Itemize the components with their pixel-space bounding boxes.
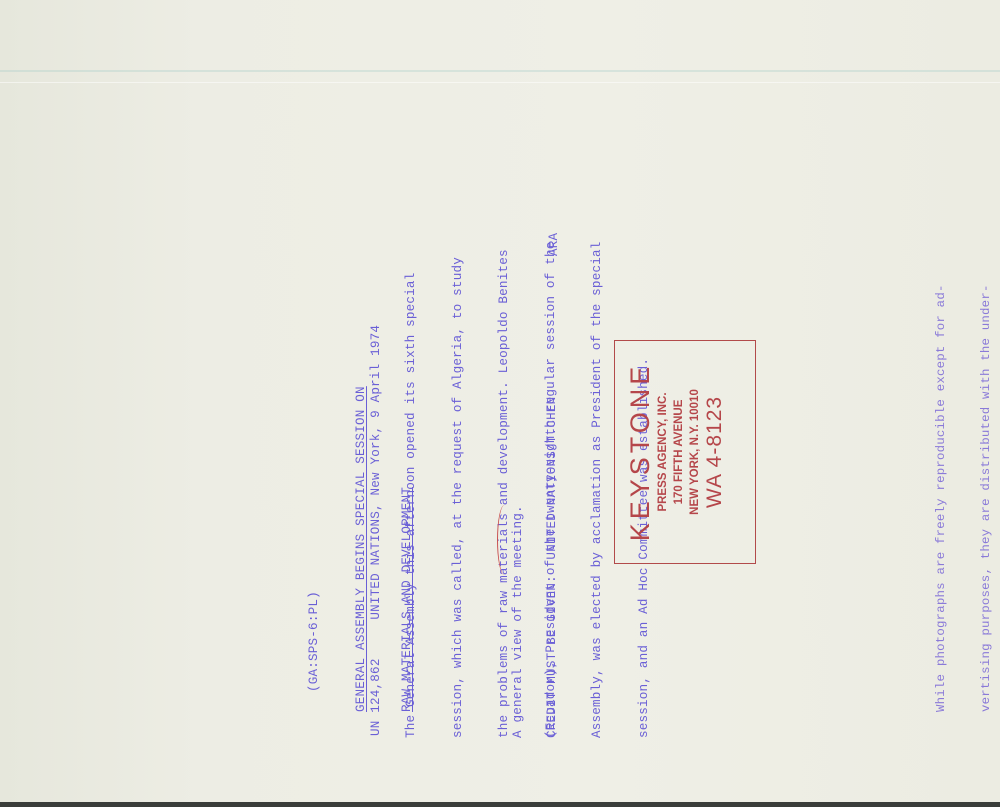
initials: ARA	[547, 233, 563, 256]
red-pencil-mark	[497, 505, 512, 575]
stamp-title: KEYSTONE	[625, 341, 655, 563]
body-line: session, which was called, at the reques…	[451, 242, 467, 738]
credit-value: UNITED NATIONS/T.CHEN	[545, 397, 559, 560]
body-line: Assembly, was elected by acclamation as …	[590, 242, 606, 738]
paper-crease	[0, 70, 1000, 72]
ref-code: (GA:SPS-6:PL)	[307, 386, 323, 712]
scan-edge	[0, 802, 1000, 807]
stamp-phone: WA 4-8123	[703, 341, 727, 563]
stamp-line-1: PRESS AGENCY, INC.	[655, 341, 671, 563]
credit-block: CREDIT MUST BE GIVEN: UNITED NATIONS/T.C…	[514, 397, 576, 738]
disclaimer-block: While photographs are freely reproducibl…	[904, 284, 1000, 712]
credit-label: CREDIT MUST BE GIVEN:	[545, 575, 559, 738]
disclaimer-line: While photographs are freely reproducibl…	[934, 284, 949, 712]
stamp-line-2: 170 FIFTH AVENUE	[671, 341, 687, 563]
body-line: The General Assembly this afternoon open…	[404, 242, 420, 738]
keystone-stamp: KEYSTONE PRESS AGENCY, INC. 170 FIFTH AV…	[614, 340, 756, 564]
initials-block: ARA	[516, 233, 578, 256]
stamp-line-3: NEW YORK, N.Y. 10010	[687, 341, 703, 563]
disclaimer-line: vertising purposes, they are distributed…	[979, 284, 994, 712]
paper-crease-highlight	[0, 82, 1000, 83]
